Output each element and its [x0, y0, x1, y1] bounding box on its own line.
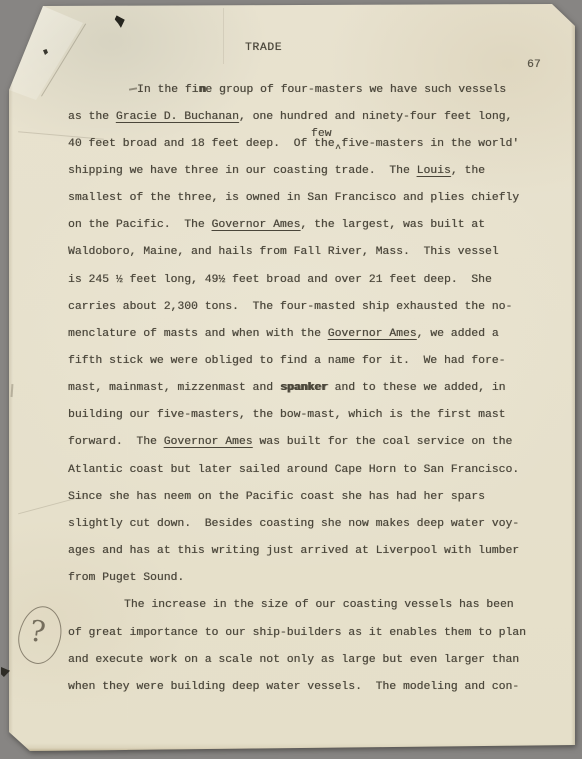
text-segment: forward. The [68, 436, 164, 448]
underlined-ship-name: Governor Ames [164, 436, 253, 448]
text-segment: fifth stick we were obliged to find a na… [68, 355, 505, 367]
text-segment: of great importance to our ship-builders… [68, 627, 526, 639]
text-line: Since she has neem on the Pacific coast … [68, 490, 485, 504]
text-line: fifth stick we were obliged to find a na… [68, 354, 505, 368]
text-segment: mast, mainmast, mizzenmast and [68, 382, 280, 394]
text-segment: when they were building deep water vesse… [68, 681, 519, 693]
text-segment: shipping we have three in our coasting t… [68, 165, 417, 177]
text-segment: carries about 2,300 tons. The four-maste… [68, 301, 512, 313]
text-segment: and to these we added, in [328, 382, 506, 394]
dash-mark [129, 87, 137, 90]
text-line: and execute work on a scale not only as … [68, 653, 519, 667]
text-segment: building our five-masters, the bow-mast,… [68, 409, 505, 421]
text-segment: 40 feet broad and 18 feet deep. Of the [68, 138, 335, 150]
text-segment: and execute work on a scale not only as … [68, 654, 519, 666]
text-segment: In the fi [137, 84, 199, 96]
text-line: The increase in the size of our coasting… [124, 598, 514, 612]
text-line: Atlantic coast but later sailed around C… [68, 463, 519, 477]
inserted-word: few [311, 128, 332, 140]
text-segment: Atlantic coast but later sailed around C… [68, 464, 519, 476]
underlined-ship-name: Governor Ames [328, 328, 417, 340]
text-segment: The increase in the size of our coasting… [124, 599, 514, 611]
text-segment: Waldoboro, Maine, and hails from Fall Ri… [68, 246, 499, 258]
text-line: of great importance to our ship-builders… [68, 626, 526, 640]
text-line: mast, mainmast, mizzenmast and spanker a… [68, 381, 506, 395]
text-segment: smallest of the three, is owned in San F… [68, 192, 519, 204]
text-segment: , the [451, 165, 485, 177]
pencil-dash-mark [11, 384, 13, 397]
text-segment: e group of four-masters we have such ves… [205, 84, 506, 96]
speck-mark [43, 49, 48, 55]
insertion-caret: ^ [335, 143, 342, 157]
text-segment: ages and has at this writing just arrive… [68, 545, 519, 557]
text-line: is 245 ½ feet long, 49½ feet broad and o… [68, 273, 492, 287]
text-line: 40 feet broad and 18 feet deep. Of the^f… [68, 137, 519, 152]
scanned-document-page: TRADE 67 In the fine group of four-maste… [0, 0, 582, 759]
text-segment: five-masters in the world' [341, 138, 519, 150]
text-line: menclature of masts and when with the Go… [68, 327, 499, 341]
typed-content-layer: TRADE 67 In the fine group of four-maste… [0, 0, 582, 759]
text-line: on the Pacific. The Governor Ames, the l… [68, 218, 485, 232]
text-line: forward. The Governor Ames was built for… [68, 435, 512, 449]
edge-mark [1, 667, 10, 677]
question-mark-note: ? [27, 613, 47, 649]
text-segment: was built for the coal service on the [253, 436, 513, 448]
underlined-ship-name: Governor Ames [212, 219, 301, 231]
text-line: In the fine group of four-masters we hav… [137, 83, 506, 97]
text-segment: , one hundred and ninety-four feet long, [239, 111, 512, 123]
text-segment: is 245 ½ feet long, 49½ feet broad and o… [68, 274, 492, 286]
text-line: carries about 2,300 tons. The four-maste… [68, 300, 512, 314]
text-segment: Since she has neem on the Pacific coast … [68, 491, 485, 503]
text-segment: , the largest, was built at [300, 219, 485, 231]
text-segment: on the Pacific. The [68, 219, 212, 231]
text-line: when they were building deep water vesse… [68, 680, 519, 694]
text-segment: spanker [280, 382, 328, 394]
underlined-ship-name: Gracie D. Buchanan [116, 111, 239, 123]
text-line: from Puget Sound. [68, 571, 184, 585]
text-line: slightly cut down. Besides coasting she … [68, 517, 519, 531]
text-line: building our five-masters, the bow-mast,… [68, 408, 505, 422]
page-title: TRADE [245, 41, 282, 55]
text-line: shipping we have three in our coasting t… [68, 164, 485, 178]
text-segment: , we added a [417, 328, 499, 340]
text-segment: menclature of masts and when with the [68, 328, 328, 340]
ink-blot-mark [114, 14, 126, 28]
text-line: smallest of the three, is owned in San F… [68, 191, 519, 205]
text-line: ages and has at this writing just arrive… [68, 544, 519, 558]
text-segment: as the [68, 111, 116, 123]
text-line: as the Gracie D. Buchanan, one hundred a… [68, 110, 512, 124]
text-segment: from Puget Sound. [68, 572, 184, 584]
pencil-circle-annotation: ? [13, 602, 67, 668]
text-line: Waldoboro, Maine, and hails from Fall Ri… [68, 245, 499, 259]
page-number: 67 [527, 58, 541, 72]
text-segment: slightly cut down. Besides coasting she … [68, 518, 519, 530]
underlined-ship-name: Louis [417, 165, 451, 177]
